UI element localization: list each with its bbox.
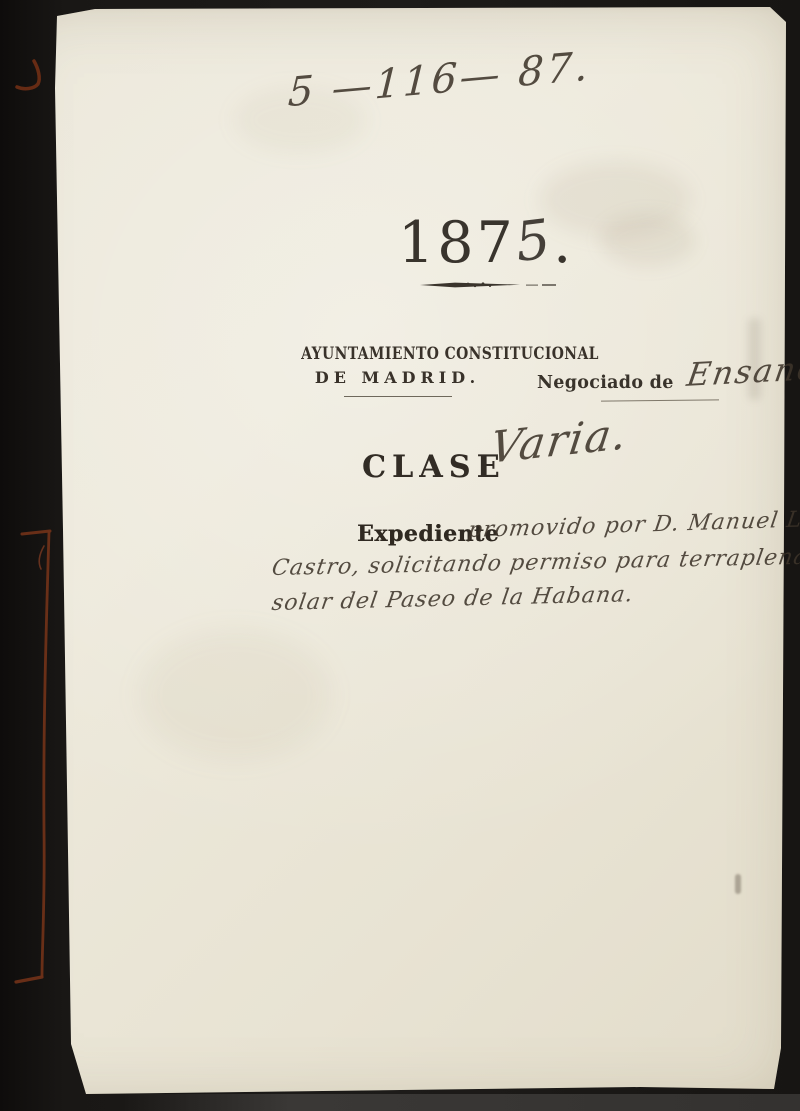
scanned-document: 5 —116— 87. 1875. AYUNTAMIENTO CONSTITUC… <box>0 0 800 1111</box>
year-handwritten-digit: 5 <box>512 207 557 274</box>
negociado-label: Negociado de <box>537 373 674 393</box>
institution-rule <box>344 396 452 397</box>
institution-city: DE MADRID. <box>280 368 515 387</box>
divider-ornament <box>420 279 558 291</box>
negociado-row: Negociado de Ensanche. <box>537 358 800 396</box>
institution-name: AYUNTAMIENTO CONSTITUCIONAL <box>301 344 494 364</box>
clase-label: CLASE <box>362 449 506 485</box>
institution-header: AYUNTAMIENTO CONSTITUCIONAL DE MADRID. <box>280 344 515 397</box>
year-heading: 1875. <box>398 210 568 276</box>
year-printed-digits: 187 <box>398 210 516 276</box>
